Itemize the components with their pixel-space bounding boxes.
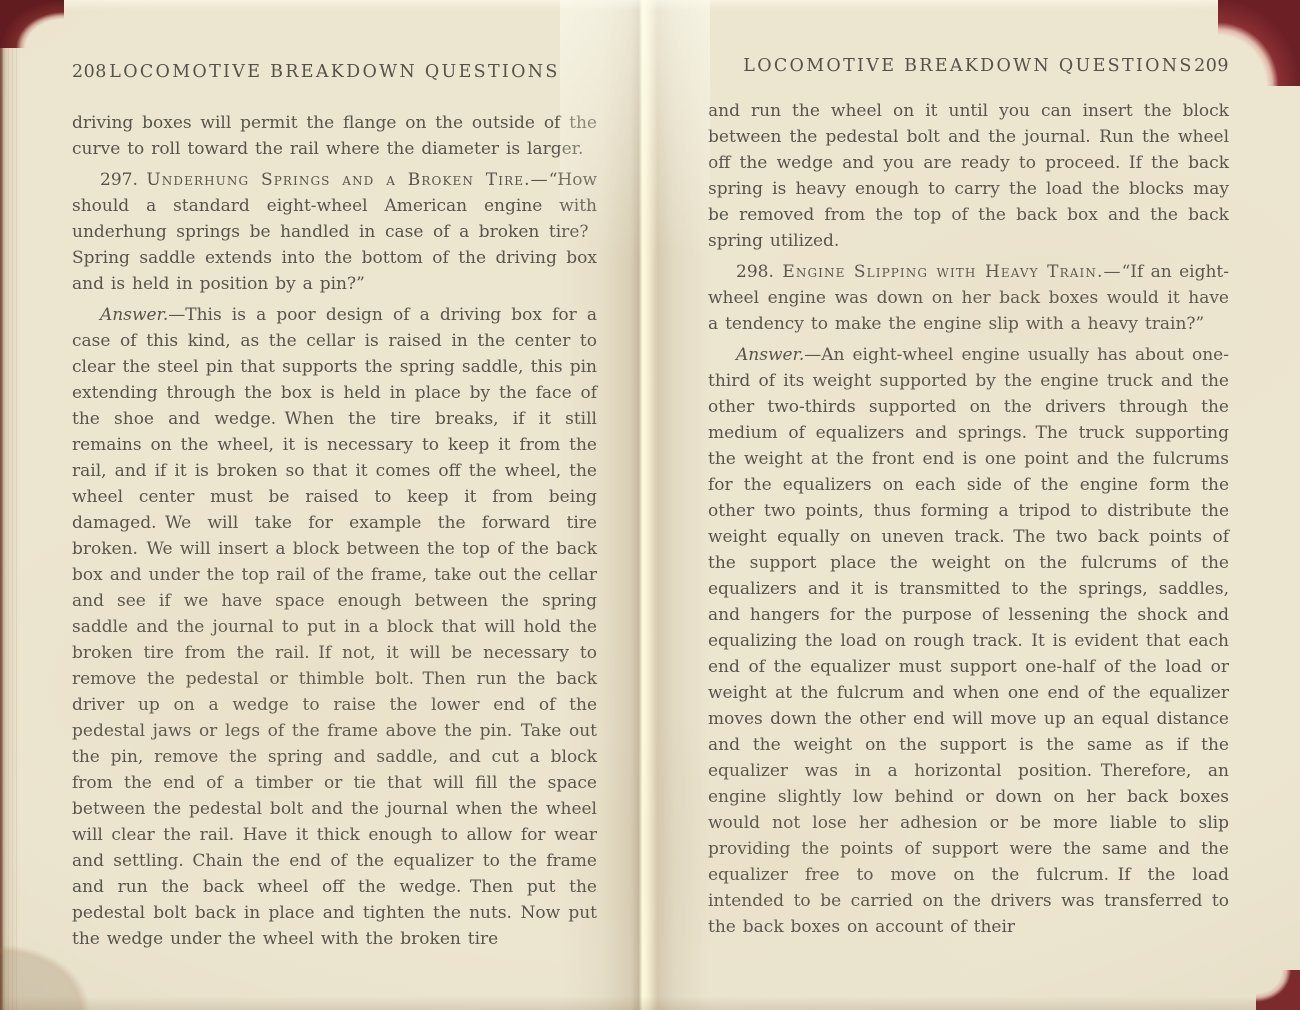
page-right-body: and run the wheel on it until you can in… [708,98,1229,940]
answer-297-text: —This is a poor design of a driving box … [72,305,597,949]
book-scan: 208 LOCOMOTIVE BREAKDOWN QUESTIONS drivi… [0,0,1300,1010]
question-297-heading: Underhung Springs and a Broken Tire.— [146,170,548,190]
answer-298-text: —An eight-wheel engine usually has about… [708,345,1229,937]
page-left-body: driving boxes will permit the flange on … [72,110,597,952]
paragraph-continuation-right: and run the wheel on it until you can in… [708,98,1229,254]
answer-297: Answer.—This is a poor design of a drivi… [72,302,597,952]
page-number-left: 208 [72,62,107,82]
question-298-number: 298. [736,262,774,282]
question-298: 298.Engine Slipping with Heavy Train.—“I… [708,259,1229,337]
page-right: LOCOMOTIVE BREAKDOWN QUESTIONS 209 and r… [650,0,1300,1010]
page-number-right: 209 [1194,56,1229,76]
page-left-running-head: 208 LOCOMOTIVE BREAKDOWN QUESTIONS [72,62,597,82]
answer-297-label: Answer. [100,305,168,325]
continuation-text-right: and run the wheel on it until you can in… [708,101,1229,251]
page-right-running-head: LOCOMOTIVE BREAKDOWN QUESTIONS 209 [708,56,1229,76]
answer-298: Answer.—An eight-wheel engine usually ha… [708,342,1229,940]
page-left: 208 LOCOMOTIVE BREAKDOWN QUESTIONS drivi… [0,0,650,1010]
running-title-left: LOCOMOTIVE BREAKDOWN QUESTIONS [109,62,559,82]
running-title-right: LOCOMOTIVE BREAKDOWN QUESTIONS [743,56,1193,76]
continuation-text-left: driving boxes will permit the flange on … [72,113,597,159]
answer-298-label: Answer. [736,345,804,365]
question-297: 297.Underhung Springs and a Broken Tire.… [72,167,597,297]
paragraph-continuation-left: driving boxes will permit the flange on … [72,110,597,162]
question-297-number: 297. [100,170,138,190]
question-298-heading: Engine Slipping with Heavy Train.— [782,262,1121,282]
